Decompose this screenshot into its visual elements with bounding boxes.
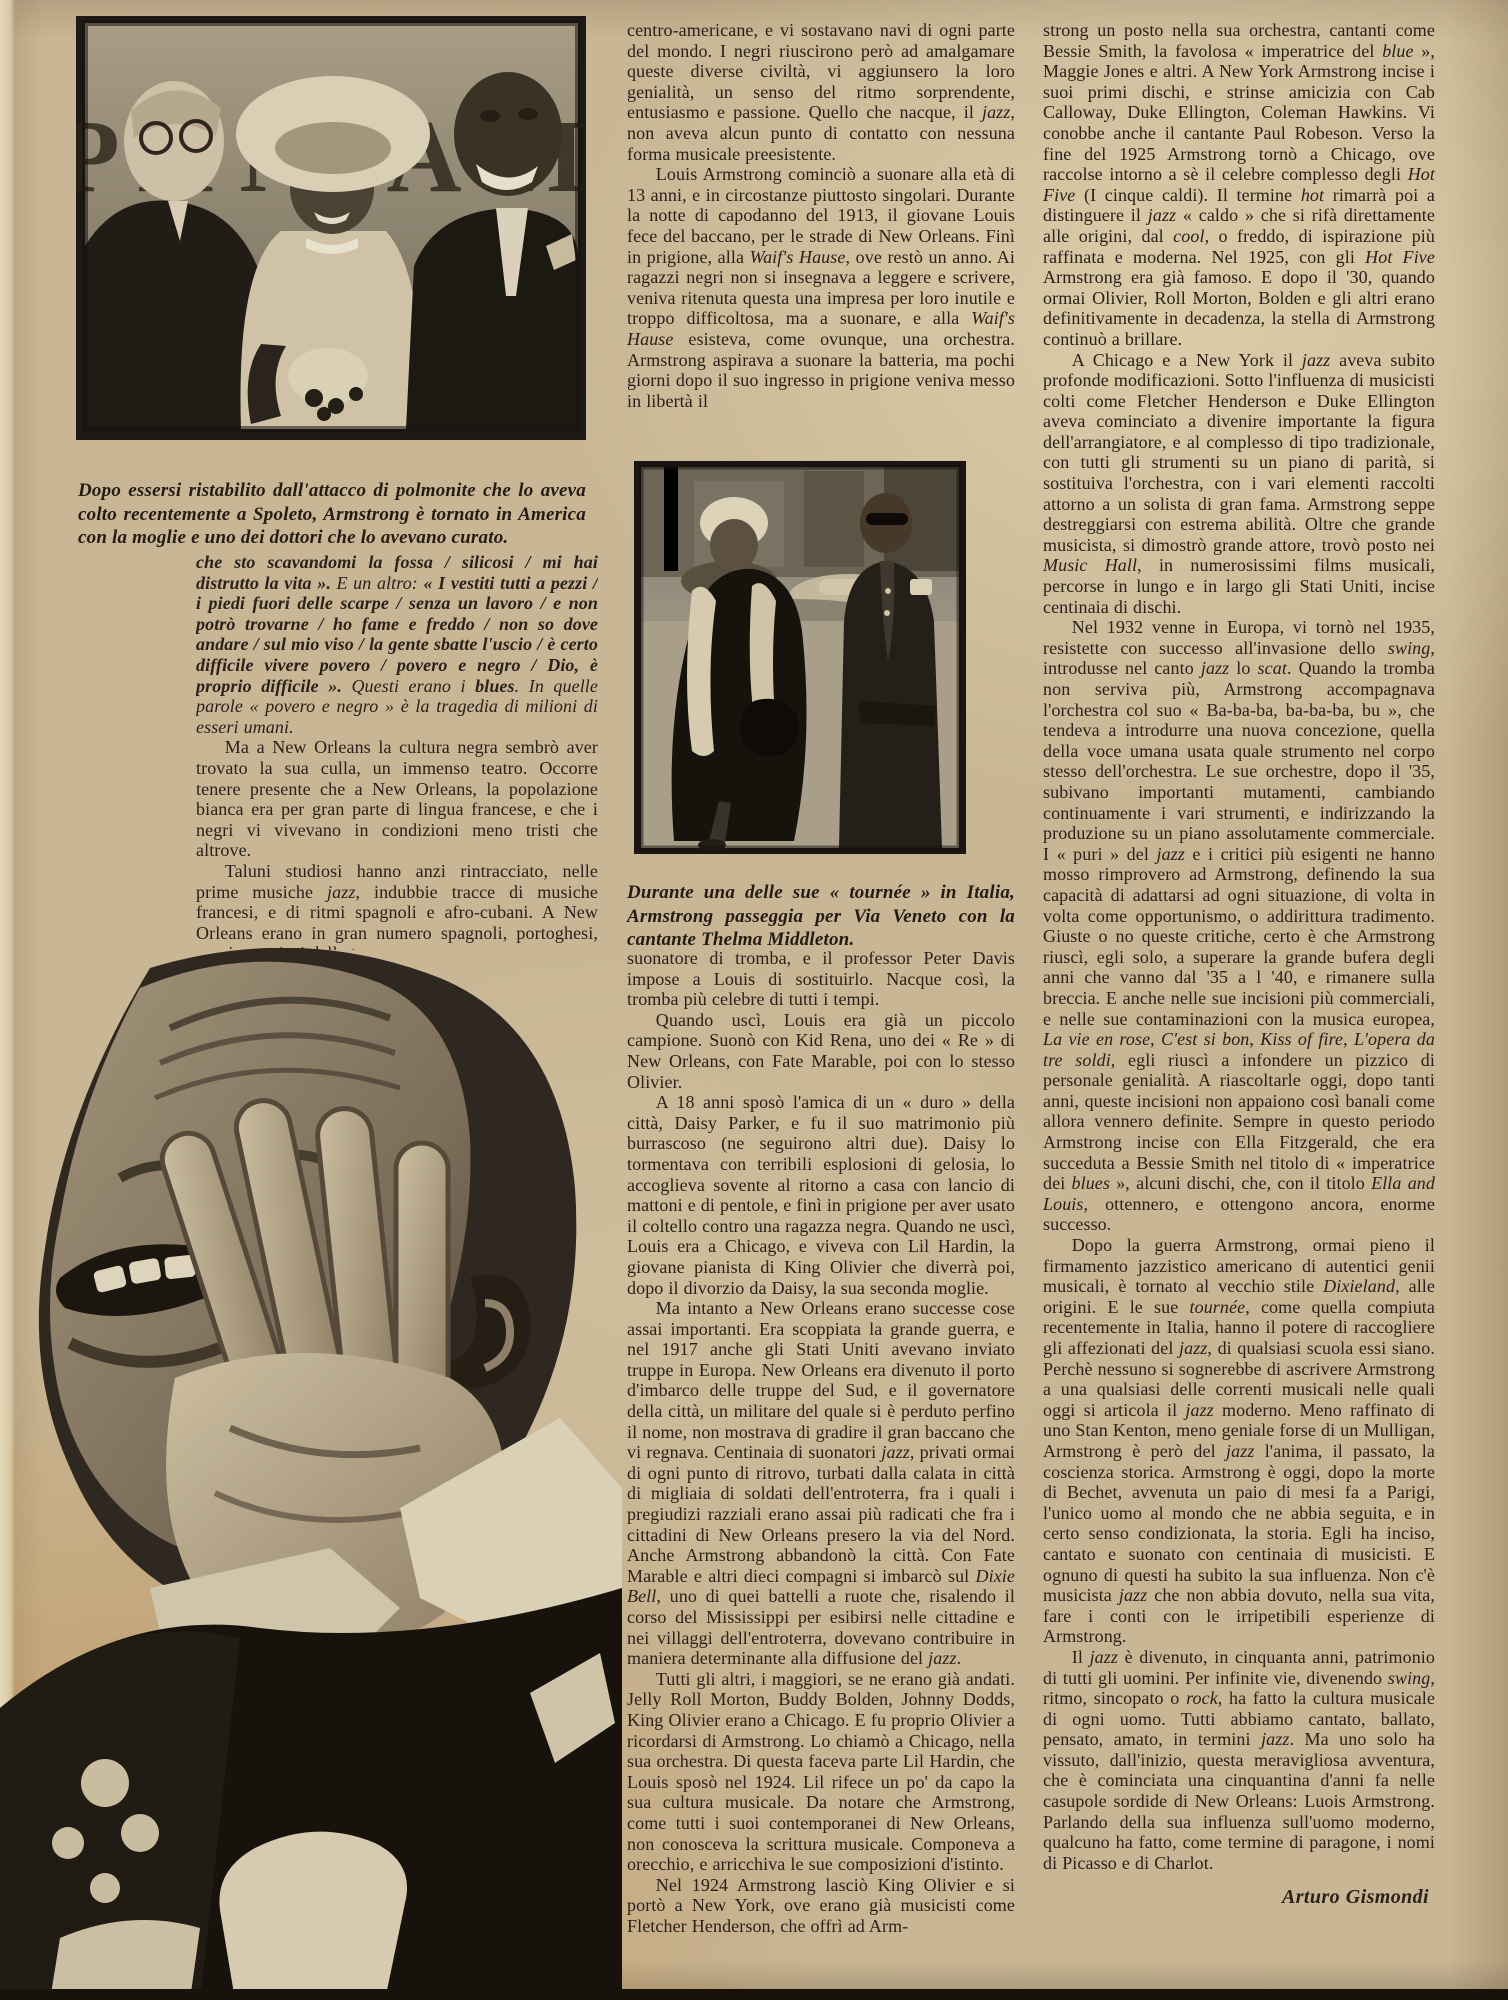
paragraph: Nel 1932 venne in Europa, vi tornò nel 1… — [1043, 617, 1435, 1235]
paragraph: Louis Armstrong cominciò a suonare alla … — [627, 164, 1015, 411]
article-column-right: strong un posto nella sua orchestra, can… — [1043, 20, 1435, 1920]
paragraph: A 18 anni sposò l'amica di un « duro » d… — [627, 1092, 1015, 1298]
page-edge-bottom — [0, 1989, 1508, 2000]
paragraph: centro-americane, e vi sostavano navi di… — [627, 20, 1015, 164]
paragraph: Nel 1924 Armstrong lasciò King Olivier e… — [627, 1875, 1015, 1937]
article-column-middle-bottom: suonatore di tromba, e il professor Pete… — [627, 948, 1015, 1994]
paragraph: Tutti gli altri, i maggiori, se ne erano… — [627, 1669, 1015, 1875]
paragraph: Dopo la guerra Armstrong, ormai pieno il… — [1043, 1235, 1435, 1647]
magazine-page: PAN AM — [0, 0, 1508, 2000]
photo-via-veneto — [634, 461, 966, 854]
paragraph: A Chicago e a New York il jazz aveva sub… — [1043, 350, 1435, 618]
paragraph-blues-lyrics: che sto scavandomi la fossa / silicosi /… — [196, 552, 598, 737]
paragraph: Il jazz è divenuto, in cinquanta anni, p… — [1043, 1647, 1435, 1874]
article-column-left: che sto scavandomi la fossa / silicosi /… — [196, 552, 598, 950]
photo-caption-panam: Dopo essersi ristabilito dall'attacco di… — [78, 479, 586, 550]
author-signature: Arturo Gismondi — [1043, 1887, 1435, 1908]
photo-panam-arrival: PAN AM — [76, 16, 586, 440]
paragraph: Ma intanto a New Orleans erano successe … — [627, 1298, 1015, 1669]
paragraph: strong un posto nella sua orchestra, can… — [1043, 20, 1435, 350]
paragraph: Ma a New Orleans la cultura negra sembrò… — [196, 737, 598, 861]
paragraph: Taluni studiosi hanno anzi rintracciato,… — [196, 861, 598, 950]
photo-armstrong-portrait-cutout — [0, 948, 622, 2000]
paragraph: suonatore di tromba, e il professor Pete… — [627, 948, 1015, 1010]
paragraph: Quando uscì, Louis era già un piccolo ca… — [627, 1010, 1015, 1092]
photo-caption-via-veneto: Durante una delle sue « tournée » in Ita… — [627, 881, 1015, 952]
article-column-middle-top: centro-americane, e vi sostavano navi di… — [627, 20, 1015, 458]
